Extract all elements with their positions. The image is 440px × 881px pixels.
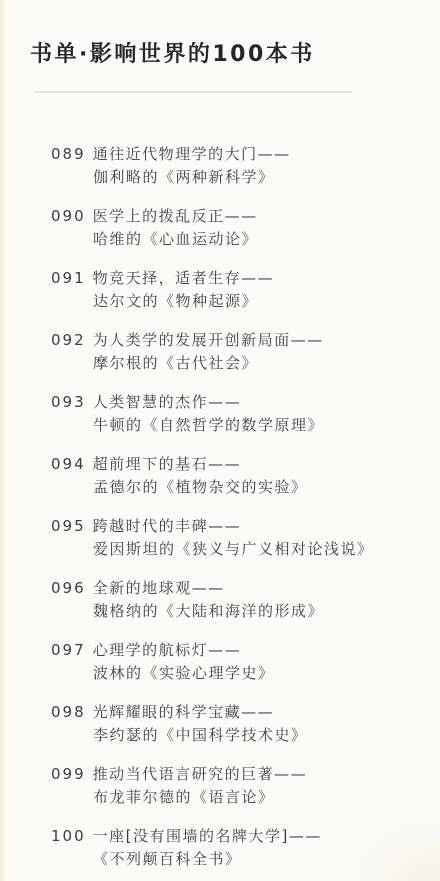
list-item: 092为人类学的发展开创新局面—— 摩尔根的《古代社会》	[0, 329, 440, 375]
entry-book-title: 李约瑟的《中国科学技术史》	[0, 724, 440, 747]
entry-headline: 一座[没有围墙的名牌大学]——	[93, 827, 322, 845]
entry-headline: 超前埋下的基石——	[93, 455, 242, 473]
entry-headline-line: 091物竞天择，适者生存——	[0, 267, 440, 290]
entry-headline-line: 094超前埋下的基石——	[0, 453, 440, 476]
entry-headline-line: 100一座[没有围墙的名牌大学]——	[0, 825, 440, 848]
entry-book-title: 布龙菲尔德的《语言论》	[0, 786, 440, 809]
entry-number: 096	[51, 579, 86, 597]
entry-book-title: 爱因斯坦的《狭义与广义相对论浅说》	[0, 538, 440, 561]
entry-book-title: 孟德尔的《植物杂交的实验》	[0, 476, 440, 499]
list-item: 094超前埋下的基石—— 孟德尔的《植物杂交的实验》	[0, 453, 440, 499]
entry-headline: 通往近代物理学的大门——	[93, 145, 291, 163]
entry-headline: 全新的地球观——	[93, 579, 225, 597]
list-item: 100一座[没有围墙的名牌大学]—— 《不列颠百科全书》	[0, 825, 440, 871]
entry-book-title: 《不列颠百科全书》	[0, 848, 440, 871]
entry-number: 091	[51, 269, 86, 287]
entry-headline: 心理学的航标灯——	[93, 641, 242, 659]
book-list: 089通往近代物理学的大门—— 伽利略的《两种新科学》 090医学上的拨乱反正—…	[0, 143, 440, 881]
entry-headline-line: 096全新的地球观——	[0, 577, 440, 600]
entry-headline: 物竞天择，适者生存——	[93, 269, 275, 287]
list-item: 098光辉耀眼的科学宝藏—— 李约瑟的《中国科学技术史》	[0, 701, 440, 747]
entry-number: 090	[51, 207, 86, 225]
entry-book-title: 牛顿的《自然哲学的数学原理》	[0, 414, 440, 437]
entry-headline-line: 093人类智慧的杰作——	[0, 391, 440, 414]
entry-book-title: 哈维的《心血运动论》	[0, 228, 440, 251]
entry-book-title: 伽利略的《两种新科学》	[0, 166, 440, 189]
entry-number: 098	[51, 703, 86, 721]
list-item: 096全新的地球观—— 魏格纳的《大陆和海洋的形成》	[0, 577, 440, 623]
entry-headline: 人类智慧的杰作——	[93, 393, 242, 411]
entry-number: 100	[51, 827, 86, 845]
entry-number: 092	[51, 331, 86, 349]
entry-headline-line: 099推动当代语言研究的巨著——	[0, 763, 440, 786]
entry-number: 099	[51, 765, 86, 783]
list-item: 095跨越时代的丰碑—— 爱因斯坦的《狭义与广义相对论浅说》	[0, 515, 440, 561]
entry-headline: 为人类学的发展开创新局面——	[93, 331, 324, 349]
entry-headline-line: 095跨越时代的丰碑——	[0, 515, 440, 538]
entry-headline: 光辉耀眼的科学宝藏——	[93, 703, 275, 721]
entry-book-title: 达尔文的《物种起源》	[0, 290, 440, 313]
entry-headline-line: 089通往近代物理学的大门——	[0, 143, 440, 166]
list-item: 091物竞天择，适者生存—— 达尔文的《物种起源》	[0, 267, 440, 313]
entry-headline-line: 098光辉耀眼的科学宝藏——	[0, 701, 440, 724]
entry-number: 089	[51, 145, 86, 163]
entry-number: 097	[51, 641, 86, 659]
entry-headline: 推动当代语言研究的巨著——	[93, 765, 308, 783]
page-title: 书单·影响世界的100本书	[30, 41, 315, 69]
entry-number: 095	[51, 517, 86, 535]
list-item: 093人类智慧的杰作—— 牛顿的《自然哲学的数学原理》	[0, 391, 440, 437]
entry-book-title: 魏格纳的《大陆和海洋的形成》	[0, 600, 440, 623]
entry-book-title: 波林的《实验心理学史》	[0, 662, 440, 685]
entry-book-title: 摩尔根的《古代社会》	[0, 352, 440, 375]
list-item: 097心理学的航标灯—— 波林的《实验心理学史》	[0, 639, 440, 685]
entry-headline-line: 090医学上的拨乱反正——	[0, 205, 440, 228]
entry-headline-line: 097心理学的航标灯——	[0, 639, 440, 662]
title-divider	[35, 91, 352, 93]
entry-number: 093	[51, 393, 86, 411]
list-item: 099推动当代语言研究的巨著—— 布龙菲尔德的《语言论》	[0, 763, 440, 809]
entry-headline: 医学上的拨乱反正——	[93, 207, 258, 225]
entry-headline: 跨越时代的丰碑——	[93, 517, 242, 535]
entry-headline-line: 092为人类学的发展开创新局面——	[0, 329, 440, 352]
entry-number: 094	[51, 455, 86, 473]
scanned-book-page: 书单·影响世界的100本书 089通往近代物理学的大门—— 伽利略的《两种新科学…	[0, 0, 440, 881]
list-item: 090医学上的拨乱反正—— 哈维的《心血运动论》	[0, 205, 440, 251]
list-item: 089通往近代物理学的大门—— 伽利略的《两种新科学》	[0, 143, 440, 189]
